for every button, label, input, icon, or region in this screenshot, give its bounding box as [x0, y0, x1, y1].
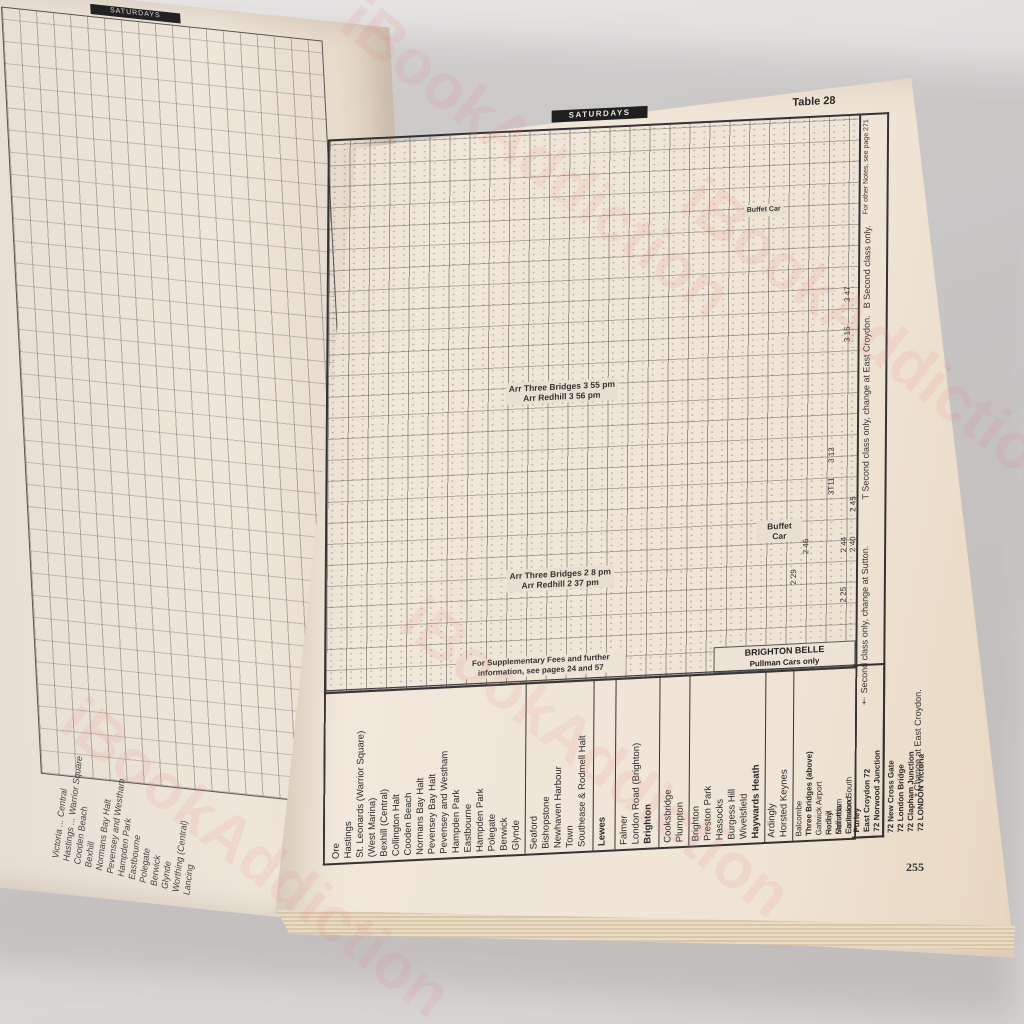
timetable-table-28: SATURDAYS Table 28 Arr Three Bridges 3 5… [313, 88, 937, 849]
time-cell: 2 25 [839, 587, 848, 603]
station: St. Leonards (Warrior Square) [355, 699, 368, 858]
footnote-other-notes: For other Notes, see page 271 [862, 119, 870, 214]
station: Normans Bay Halt [415, 696, 428, 855]
station: Newhaven Harbour [553, 690, 566, 849]
footnote-change-east-croydon: * Change at East Croydon. [912, 689, 923, 797]
time-cell: 2 44 [839, 537, 848, 553]
station: Brighton [642, 685, 655, 844]
table-label: Table 28 [792, 95, 835, 109]
station-group-eastbourne: Ore Hastings St. Leonards (Warrior Squar… [331, 692, 524, 860]
buffet-car-label-mid: Buffet Car [756, 519, 802, 543]
station: Cooksbridge [662, 684, 675, 843]
station: Hampden Park [475, 693, 488, 852]
time-cell: 3 47 [843, 286, 852, 302]
station-group-falmer: Falmer London Road (Brighton) Brighton [618, 685, 655, 845]
station: Wivelsfield [738, 681, 751, 840]
group-divider [614, 679, 616, 849]
time-cell: 3 13 [827, 447, 836, 463]
station: Horsted Keynes [778, 679, 791, 838]
station-group-ardingly: Ardingly Horsted Keynes [766, 679, 791, 838]
footnote-east-croydon-T: T Second class only, change at East Croy… [860, 315, 871, 500]
station: Plumpton [674, 684, 687, 843]
grid-dots [326, 116, 859, 693]
station: Bishopstone [541, 690, 554, 849]
time-cell: 2 46 [801, 538, 810, 554]
station: Cooden Beach [403, 697, 416, 856]
station: 72 Norwood Junction [872, 673, 883, 832]
times-grid: Arr Three Bridges 3 55 pm Arr Redhill 3 … [324, 113, 861, 694]
station-group-balcombe-cont: Redhill Merstham Coulsdon South [824, 675, 855, 835]
station: Glynde [511, 692, 524, 851]
left-station-list: Victoria ... Central Hastings ... Warrio… [50, 565, 245, 902]
station: Ore [331, 700, 344, 859]
station: Eastbourne [463, 694, 476, 853]
station-list: Ore Hastings St. Leonards (Warrior Squar… [323, 664, 858, 865]
station: Pevensey and Westham [439, 695, 452, 854]
station: Preston Park [702, 682, 715, 841]
footnote-second-class: B Second class only. [862, 225, 873, 309]
time-cell: 2 29 [789, 569, 798, 585]
station: Polegate [487, 693, 500, 852]
time-cell: 3T11 [827, 477, 836, 495]
station: Berwick [499, 692, 512, 851]
station-group-lewes: Lewes [596, 687, 609, 846]
station: Collington Halt [391, 697, 404, 856]
page-number: 255 [906, 860, 924, 875]
station: Falmer [618, 686, 631, 845]
station-group-cooksbridge: Cooksbridge Plumpton [662, 684, 687, 843]
station-group-brighton-main: Brighton Preston Park Hassocks Burgess H… [690, 680, 763, 842]
time-cell: 3 15 [843, 326, 852, 342]
station: Lewes [596, 687, 609, 846]
station: London Road (Brighton) [630, 686, 643, 845]
buffet-car-label-top: Buffet Car [744, 203, 784, 217]
saturdays-header-band: SATURDAYS [552, 106, 648, 123]
station-group-seaford: Seaford Bishopstone Newhaven Harbour Tow… [529, 688, 590, 849]
group-divider [658, 677, 660, 847]
group-divider [592, 680, 594, 850]
station: Ardingly [766, 679, 779, 838]
station: Pevensey Bay Halt [427, 696, 440, 855]
station: Burgess Hill [726, 681, 739, 840]
station-group-london: Purley East Croydon 72 72 Norwood Juncti… [852, 673, 883, 833]
station: Haywards Heath [750, 680, 763, 839]
station-list-london: Purley East Croydon 72 72 Norwood Juncti… [852, 663, 885, 839]
station: Town [565, 689, 578, 848]
station: (West Marina) [367, 699, 380, 858]
station: Southease & Rodmell Halt [577, 688, 590, 847]
station: Bexhill (Central) [379, 698, 392, 857]
station: Hastings [343, 700, 356, 859]
station: Hampden Park [451, 695, 464, 854]
group-divider [525, 683, 527, 853]
station: Brighton [690, 683, 703, 842]
station: Seaford [529, 691, 542, 850]
station: Hassocks [714, 682, 727, 841]
